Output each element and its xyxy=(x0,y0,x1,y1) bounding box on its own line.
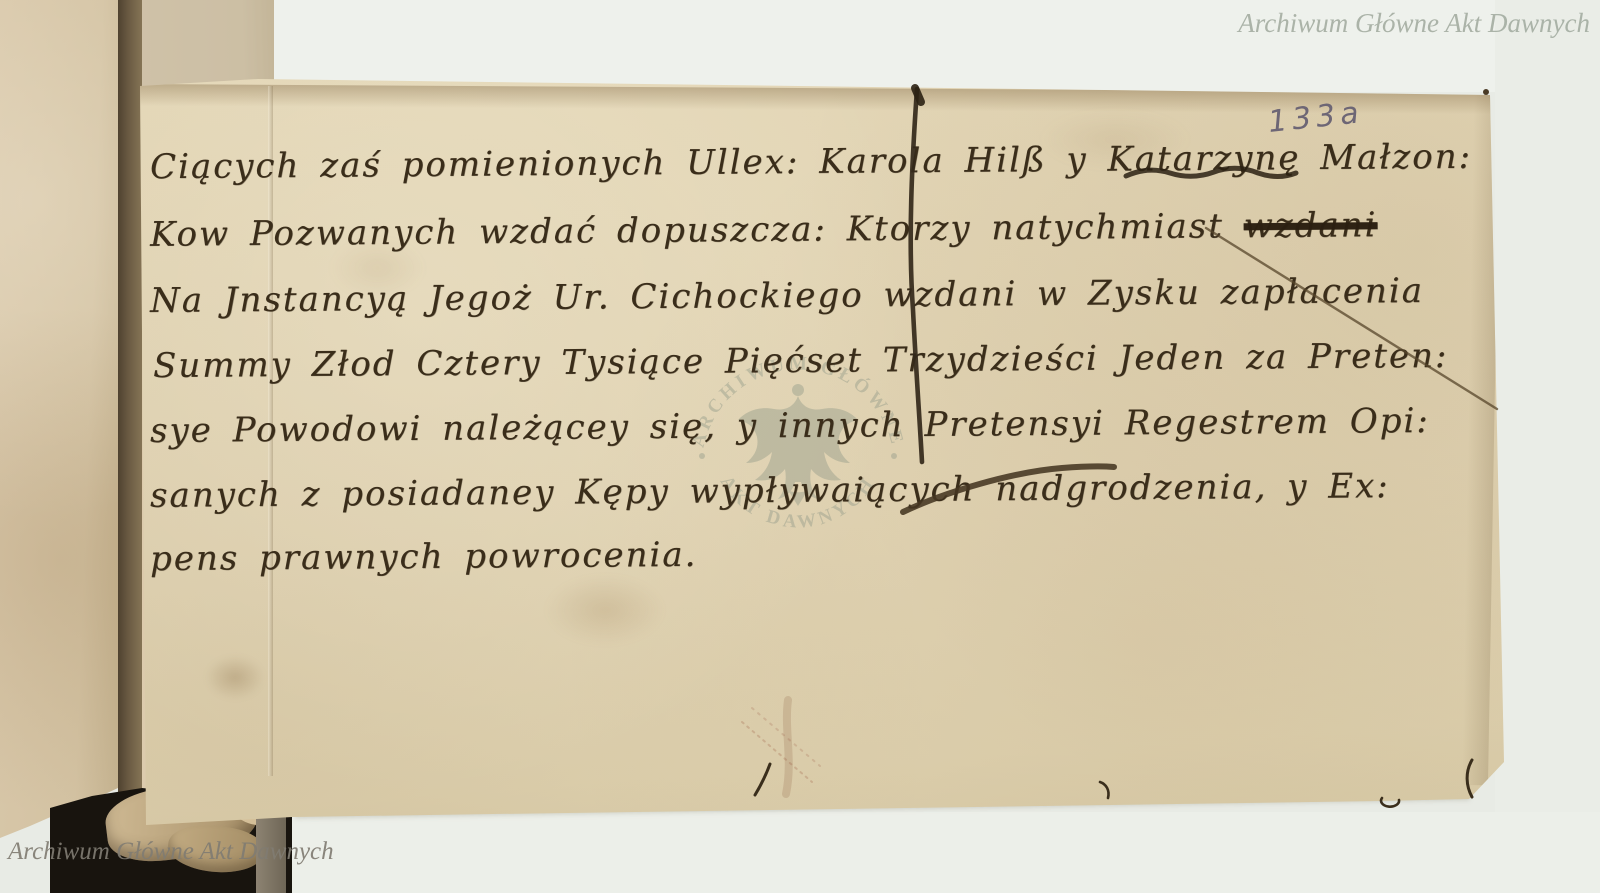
page-top-tint xyxy=(142,0,274,88)
archival-photo: ARCHIWUM GŁÓWNE AKT DAWNYCH Ciących zaś … xyxy=(0,0,1600,893)
watermark-top-right: Archiwum Główne Akt Dawnych xyxy=(1238,8,1590,39)
stamp-separator-dot xyxy=(699,453,705,459)
aging-stain xyxy=(205,655,265,700)
binding-shadow xyxy=(118,0,142,802)
watermark-bottom-left: Archiwum Główne Akt Dawnych xyxy=(8,838,334,866)
backdrop-bottom-strip xyxy=(290,812,1600,893)
book-page-left-edge xyxy=(0,0,118,840)
handwritten-text: Kow Pozwanych wzdać dopuszcza: Ktorzy na… xyxy=(150,206,1224,254)
handwritten-line: pens prawnych powrocenia. xyxy=(150,535,698,579)
backdrop-right-strip xyxy=(1495,0,1600,893)
struck-out-word: wzdani xyxy=(1243,205,1377,246)
aging-stain xyxy=(545,575,665,645)
stamp-separator-dot xyxy=(891,453,897,459)
